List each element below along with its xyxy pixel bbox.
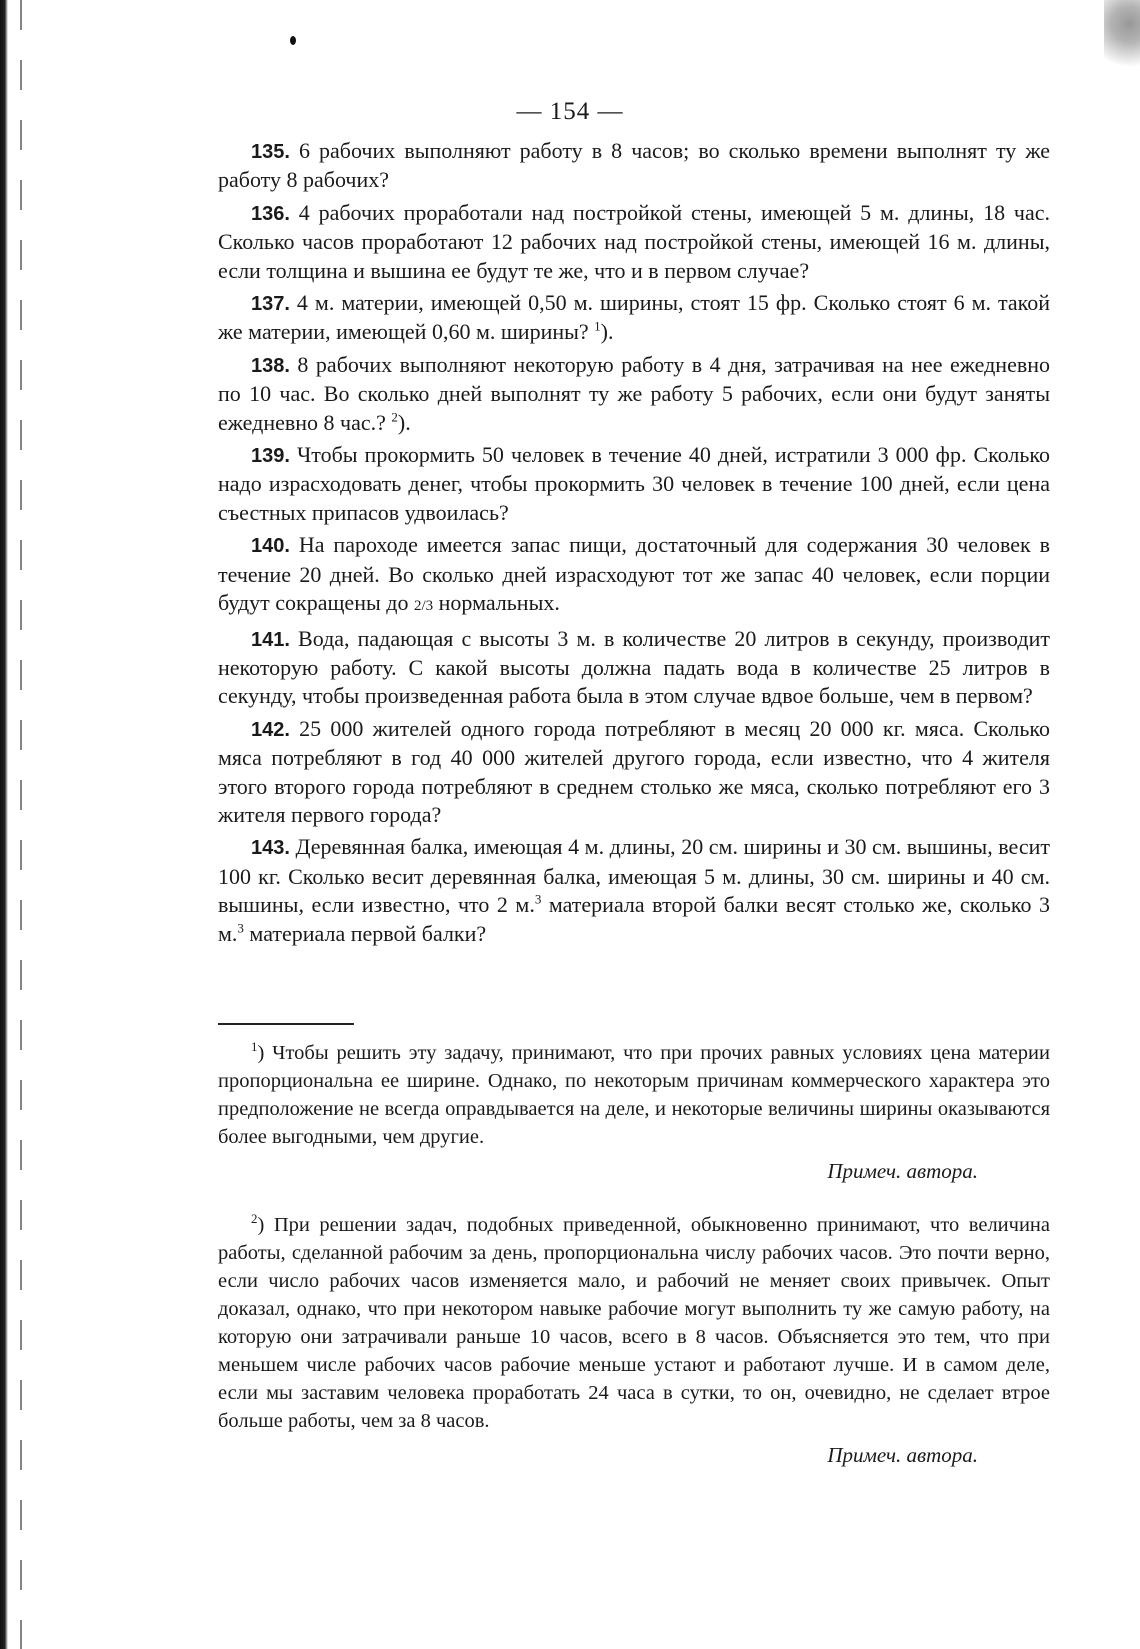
footnote-divider	[218, 1023, 354, 1025]
problem-number: 138.	[251, 355, 290, 377]
problem-number: 137.	[251, 293, 290, 315]
problem-text: 6 рабочих выполняют работу в 8 часов; во…	[218, 138, 1050, 192]
problem-number: 142.	[251, 719, 290, 741]
problem-text-tail: ).	[398, 410, 411, 435]
footnote-signature: Примеч. автора.	[218, 1441, 1050, 1469]
footnote-text: 2) При решении задач, подобных приведенн…	[218, 1211, 1050, 1435]
problem-text: 8 рабочих выполняют некоторую работу в 4…	[218, 352, 1050, 435]
footnote-signature: Примеч. автора.	[218, 1157, 1050, 1185]
problem-139: 139. Чтобы прокормить 50 человек в течен…	[218, 441, 1050, 527]
problem-number: 140.	[251, 535, 290, 557]
problem-text: Чтобы прокормить 50 человек в течение 40…	[218, 442, 1050, 525]
page-number: — 154 —	[0, 98, 1140, 126]
problem-text: Вода, падающая с высоты 3 м. в количеств…	[218, 626, 1050, 709]
problem-141: 141. Вода, падающая с высоты 3 м. в коли…	[218, 625, 1050, 711]
problem-138: 138. 8 рабочих выполняют некоторую работ…	[218, 351, 1050, 437]
problems-section: 135. 6 рабочих выполняют работу в 8 часо…	[218, 137, 1050, 952]
problem-140: 140. На пароходе имеется запас пищи, дос…	[218, 531, 1050, 620]
fraction: 2/3	[414, 598, 433, 614]
problem-135: 135. 6 рабочих выполняют работу в 8 часо…	[218, 137, 1050, 195]
problem-number: 135.	[251, 141, 290, 163]
footnote-2: 2) При решении задач, подобных приведенн…	[218, 1211, 1050, 1469]
problem-137: 137. 4 м. материи, имеющей 0,50 м. ширин…	[218, 289, 1050, 347]
footnote-text: 1) Чтобы решить эту задачу, принимают, ч…	[218, 1039, 1050, 1151]
problem-text: 4 м. материи, имеющей 0,50 м. ширины, ст…	[218, 290, 1050, 344]
problem-text: На пароходе имеется запас пищи, достаточ…	[218, 532, 1050, 615]
scan-margin-artifact	[20, 0, 22, 1649]
problem-number: 143.	[251, 837, 290, 859]
problem-number: 136.	[251, 203, 290, 225]
problem-text: 25 000 жителей одного города потребляют …	[218, 716, 1050, 827]
problem-number: 141.	[251, 629, 290, 651]
problem-text: 4 рабочих проработали над постройкой сте…	[218, 200, 1050, 283]
problem-text: материала первой балки?	[244, 921, 486, 946]
problem-text-tail: нормальных.	[433, 590, 560, 615]
scan-corner-noise	[1104, 0, 1140, 80]
problem-142: 142. 25 000 жителей одного города потреб…	[218, 715, 1050, 830]
footnote-1: 1) Чтобы решить эту задачу, принимают, ч…	[218, 1039, 1050, 1185]
problem-136: 136. 4 рабочих проработали над постройко…	[218, 199, 1050, 285]
footnote-body: ) При решении задач, подобных приведенно…	[218, 1214, 1050, 1432]
scan-binding-edge	[0, 0, 8, 1649]
problem-143: 143. Деревянная балка, имеющая 4 м. длин…	[218, 833, 1050, 948]
ink-blot	[290, 36, 296, 45]
problem-text-tail: ).	[601, 319, 614, 344]
footnote-body: ) Чтобы решить эту задачу, принимают, чт…	[218, 1042, 1050, 1148]
problem-number: 139.	[251, 445, 290, 467]
